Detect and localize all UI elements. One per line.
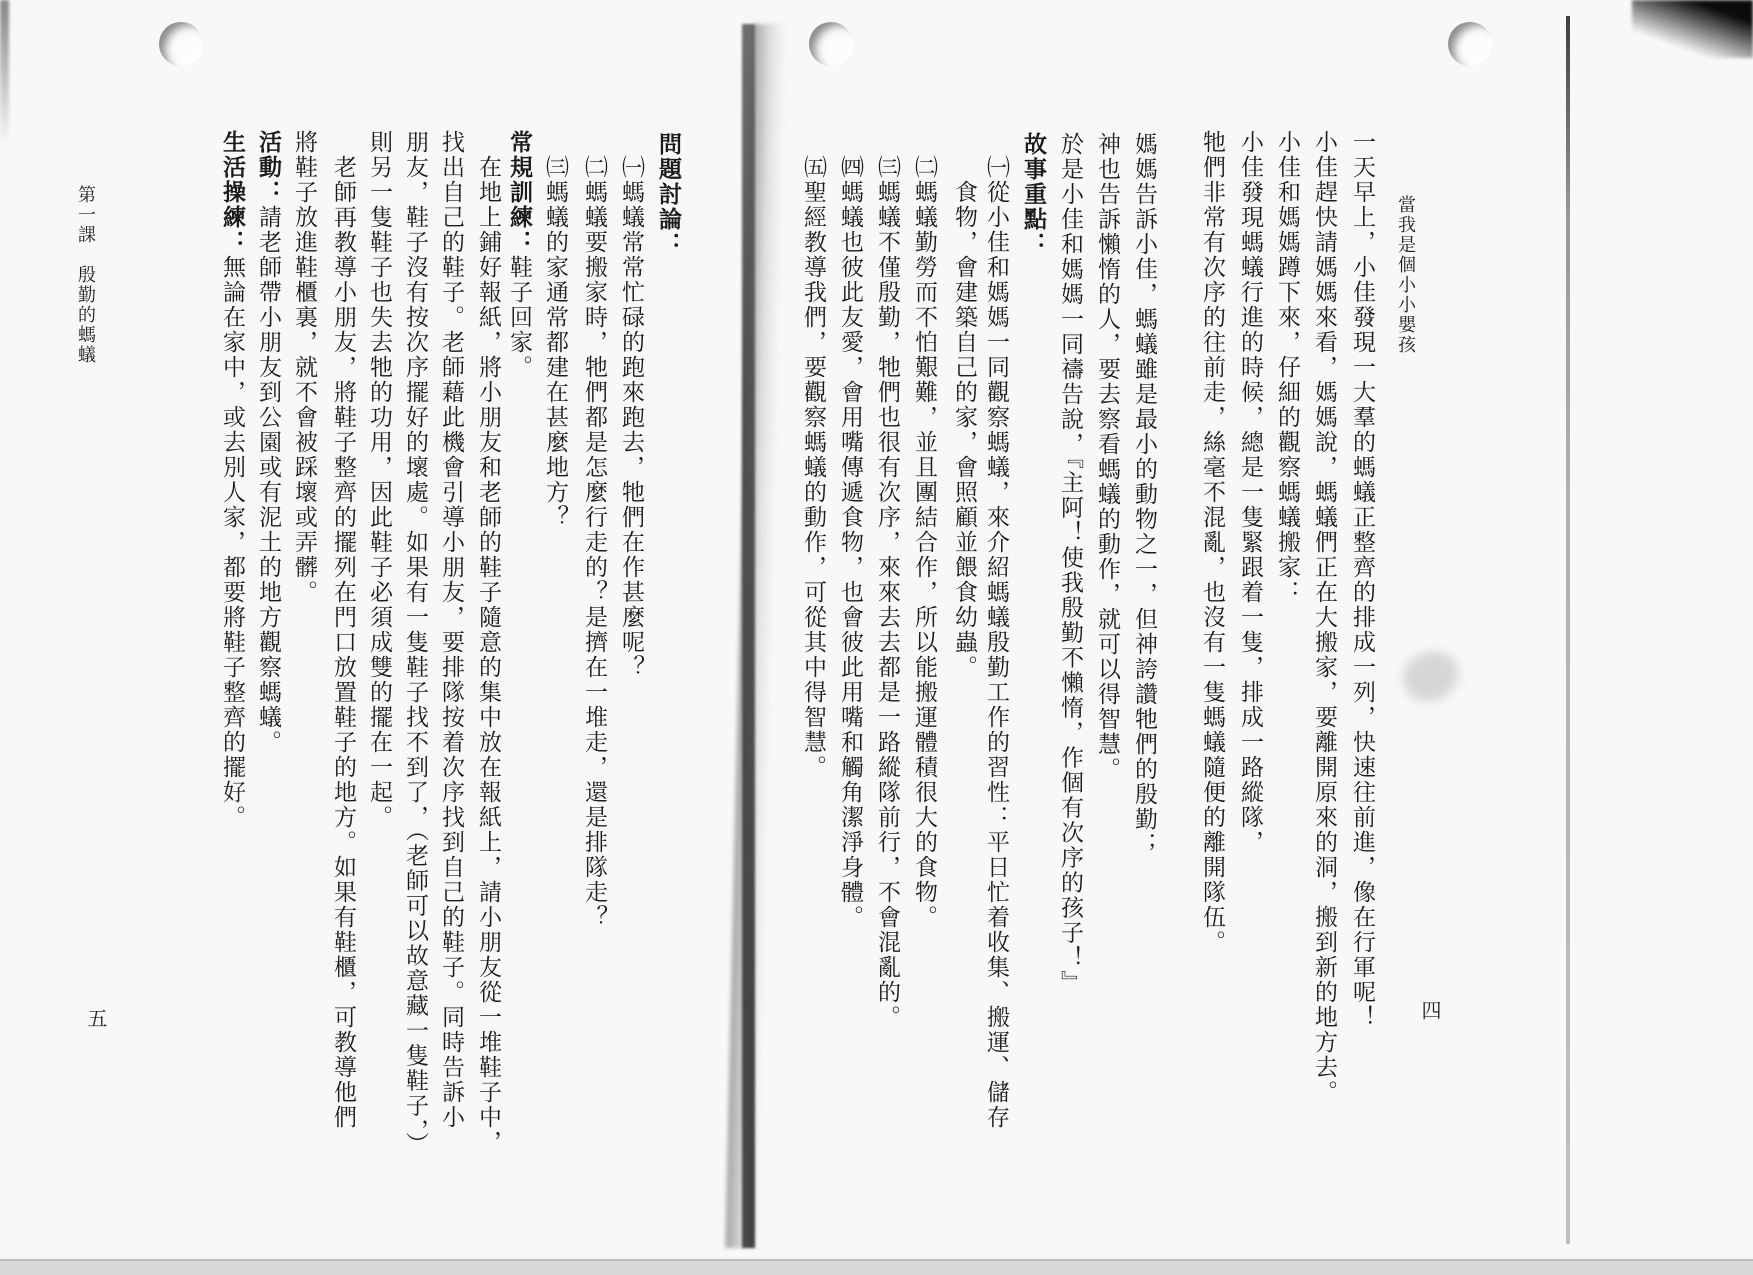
page-number-left: 五 <box>82 1008 109 1048</box>
routine-text-column: 則另一隻鞋子也失去牠的功用，因此鞋子必須成雙的擺在一起。 <box>365 130 392 1210</box>
routine-text-column: 老師再教導小朋友，將鞋子整齊的擺列在門口放置鞋子的地方。如果有鞋櫃，可教導他們 <box>329 155 356 1235</box>
story-point: ㈠從小佳和媽媽一同觀察螞蟻，來介紹螞蟻殷勤工作的習性：平日忙着收集、搬運、儲存 <box>982 155 1009 1235</box>
story-point-continuation: 食物，會建築自己的家，會照顧並餵食幼蟲。 <box>950 180 977 1260</box>
story-column: 於是小佳和媽媽一同禱告說，『主阿！使我殷勤不懶惰，作個有次序的孩子！』 <box>1056 132 1083 1212</box>
story-column: 一天早上，小佳發現一大羣的螞蟻正整齊的排成一列，快速往前進，像在行軍呢！ <box>1348 130 1375 1210</box>
story-point: ㈡螞蟻勤勞而不怕艱難，並且團結合作，所以能搬運體積很大的食物。 <box>910 155 937 1235</box>
story-column: 媽媽告訴小佳，螞蟻雖是最小的動物之一，但神誇讚牠們的殷勤； <box>1130 132 1157 1212</box>
routine-text-column: 朋友，鞋子沒有按次序擺好的壞處。如果有一隻鞋子找不到了，（老師可以故意藏一隻鞋子… <box>401 130 428 1210</box>
practice-text: 無論在家中，或去別人家，都要將鞋子整齊的擺好。 <box>219 255 245 830</box>
routine-heading: 常規訓練： <box>506 130 533 255</box>
page-gutter-shadow-fade <box>725 24 787 1248</box>
routine-text-column: 在地上鋪好報紙，將小朋友和老師的鞋子隨意的集中放在報紙上，請小朋友從一堆鞋子中， <box>474 155 501 1235</box>
scan-smudge <box>1395 641 1468 711</box>
story-point: ㈢螞蟻不僅殷勤，牠們也很有次序，來來去去都是一路縱隊前行，不會混亂的。 <box>873 155 900 1235</box>
punch-hole <box>1448 22 1492 66</box>
discussion-item: ㈢螞蟻的家通常都建在甚麼地方？ <box>541 155 568 1235</box>
scanned-book-spread: { "right_page": { "book_title": "當我是個小小嬰… <box>0 0 1753 1275</box>
punch-hole <box>159 22 203 66</box>
story-points-heading: 故事重點： <box>1020 132 1047 1212</box>
scan-left-edge-mark <box>0 0 9 145</box>
story-point: ㈤聖經教導我們，要觀察螞蟻的動作，可從其中得智慧。 <box>799 155 826 1235</box>
practice-column: 生活操練：無論在家中，或去別人家，都要將鞋子整齊的擺好。 <box>218 130 246 1210</box>
scan-bottom-edge <box>0 1259 1753 1275</box>
story-column: 牠們非常有次序的往前走，絲毫不混亂，也沒有一隻螞蟻隨便的離開隊伍。 <box>1198 130 1225 1210</box>
paper-background: 當我是個小小嬰孩 一天早上，小佳發現一大羣的螞蟻正整齊的排成一列，快速往前進，像… <box>0 0 1753 1275</box>
activity-column: 活動：請老師帶小朋友到公園或有泥土的地方觀察螞蟻。 <box>254 130 282 1210</box>
routine-text-column: 找出自己的鞋子。老師藉此機會引導小朋友，要排隊按着次序找到自己的鞋子。同時告訴小 <box>437 130 464 1210</box>
story-point: ㈣螞蟻也彼此友愛，會用嘴傳遞食物，也會彼此用嘴和觸角潔淨身體。 <box>836 155 863 1235</box>
routine-text-column: 將鞋子放進鞋櫃裏，就不會被踩壞或弄髒。 <box>290 130 317 1210</box>
punch-hole <box>809 22 853 66</box>
discussion-item: ㈡螞蟻要搬家時，牠們都是怎麼行走的？是擠在一堆走，還是排隊走？ <box>580 155 607 1235</box>
discussion-heading: 問題討論： <box>655 132 682 1212</box>
page-number-right: 四 <box>1416 1000 1443 1040</box>
story-column: 小佳和媽媽蹲下來，仔細的觀察螞蟻搬家： <box>1273 130 1300 1210</box>
story-column: 小佳發現螞蟻行進的時候，總是一隻緊跟着一隻，排成一路縱隊， <box>1236 130 1263 1210</box>
scan-edge-line <box>1566 16 1570 1244</box>
discussion-item: ㈠螞蟻常常忙碌的跑來跑去，牠們在作甚麼呢？ <box>617 155 644 1235</box>
practice-heading: 生活操練： <box>219 130 246 255</box>
routine-heading-column: 常規訓練：鞋子回家。 <box>505 130 533 1210</box>
activity-heading: 活動： <box>255 130 282 205</box>
routine-subtitle: 鞋子回家。 <box>506 255 532 380</box>
story-column: 神也告訴懶惰的人，要去察看螞蟻的動作，就可以得智慧。 <box>1093 132 1120 1212</box>
story-column: 小佳趕快請媽媽來看，媽媽說，螞蟻們正在大搬家，要離開原來的洞，搬到新的地方去。 <box>1310 130 1337 1210</box>
book-title: 當我是個小小嬰孩 <box>1392 195 1419 415</box>
scan-corner-shadow <box>1632 0 1753 58</box>
activity-text: 請老師帶小朋友到公園或有泥土的地方觀察螞蟻。 <box>255 205 281 755</box>
lesson-title: 第一課 殷勤的螞蟻 <box>72 185 99 445</box>
